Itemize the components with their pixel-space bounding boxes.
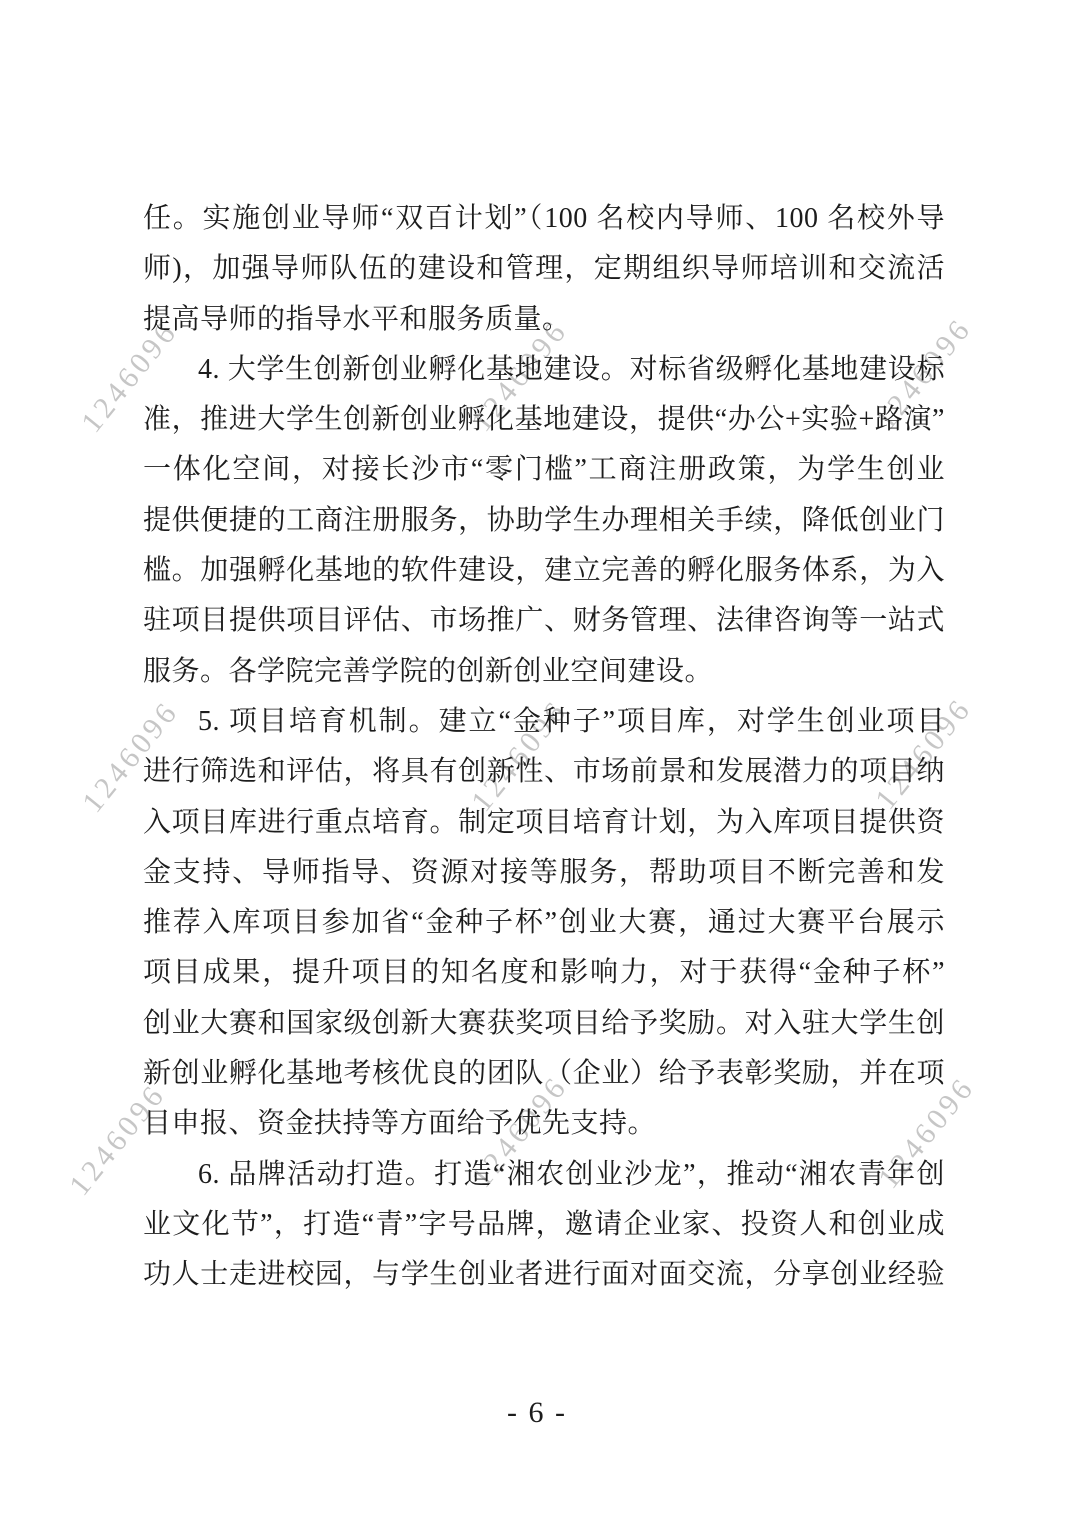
document-body: 任。实施创业导师“双百计划”（100 名校内导师、100 名校外导师)，加强导师… xyxy=(143,194,945,1301)
text-line: 槛。加强孵化基地的软件建设，建立完善的孵化服务体系，为入 xyxy=(143,546,945,596)
page-number: - 6 - xyxy=(507,1396,567,1429)
page-footer: - 6 - xyxy=(0,1396,1074,1430)
text-line: 功人士走进校园，与学生创业者进行面对面交流，分享创业经验 xyxy=(143,1250,945,1300)
text-line: 业文化节”，打造“青”字号品牌，邀请企业家、投资人和创业成 xyxy=(143,1200,945,1250)
text-line: 5. 项目培育机制。建立“金种子”项目库，对学生创业项目 xyxy=(143,697,945,747)
text-line: 师)，加强导师队伍的建设和管理，定期组织导师培训和交流活动， xyxy=(143,244,945,294)
text-line: 准，推进大学生创新创业孵化基地建设，提供“办公+实验+路演” xyxy=(143,395,945,445)
text-line: 一体化空间，对接长沙市“零门槛”工商注册政策，为学生创业 xyxy=(143,445,945,495)
text-line: 提高导师的指导水平和服务质量。 xyxy=(143,295,945,345)
text-line: 进行筛选和评估，将具有创新性、市场前景和发展潜力的项目纳 xyxy=(143,747,945,797)
text-line: 服务。各学院完善学院的创新创业空间建设。 xyxy=(143,647,945,697)
text-line: 4. 大学生创新创业孵化基地建设。对标省级孵化基地建设标 xyxy=(143,345,945,395)
text-line: 提供便捷的工商注册服务，协助学生办理相关手续，降低创业门 xyxy=(143,496,945,546)
document-page: 1246096124609612460961246096124609612460… xyxy=(0,0,1074,1520)
text-line: 新创业孵化基地考核优良的团队（企业）给予表彰奖励，并在项 xyxy=(143,1049,945,1099)
text-line: 6. 品牌活动打造。打造“湘农创业沙龙”，推动“湘农青年创 xyxy=(143,1150,945,1200)
text-line: 项目成果，提升项目的知名度和影响力，对于获得“金种子杯” xyxy=(143,948,945,998)
text-line: 金支持、导师指导、资源对接等服务，帮助项目不断完善和发展。 xyxy=(143,848,945,898)
text-line: 任。实施创业导师“双百计划”（100 名校内导师、100 名校外导 xyxy=(143,194,945,244)
text-line: 驻项目提供项目评估、市场推广、财务管理、法律咨询等一站式 xyxy=(143,596,945,646)
text-line: 推荐入库项目参加省“金种子杯”创业大赛，通过大赛平台展示 xyxy=(143,898,945,948)
text-line: 创业大赛和国家级创新大赛获奖项目给予奖励。对入驻大学生创 xyxy=(143,999,945,1049)
text-line: 目申报、资金扶持等方面给予优先支持。 xyxy=(143,1099,945,1149)
text-line: 入项目库进行重点培育。制定项目培育计划，为入库项目提供资 xyxy=(143,798,945,848)
